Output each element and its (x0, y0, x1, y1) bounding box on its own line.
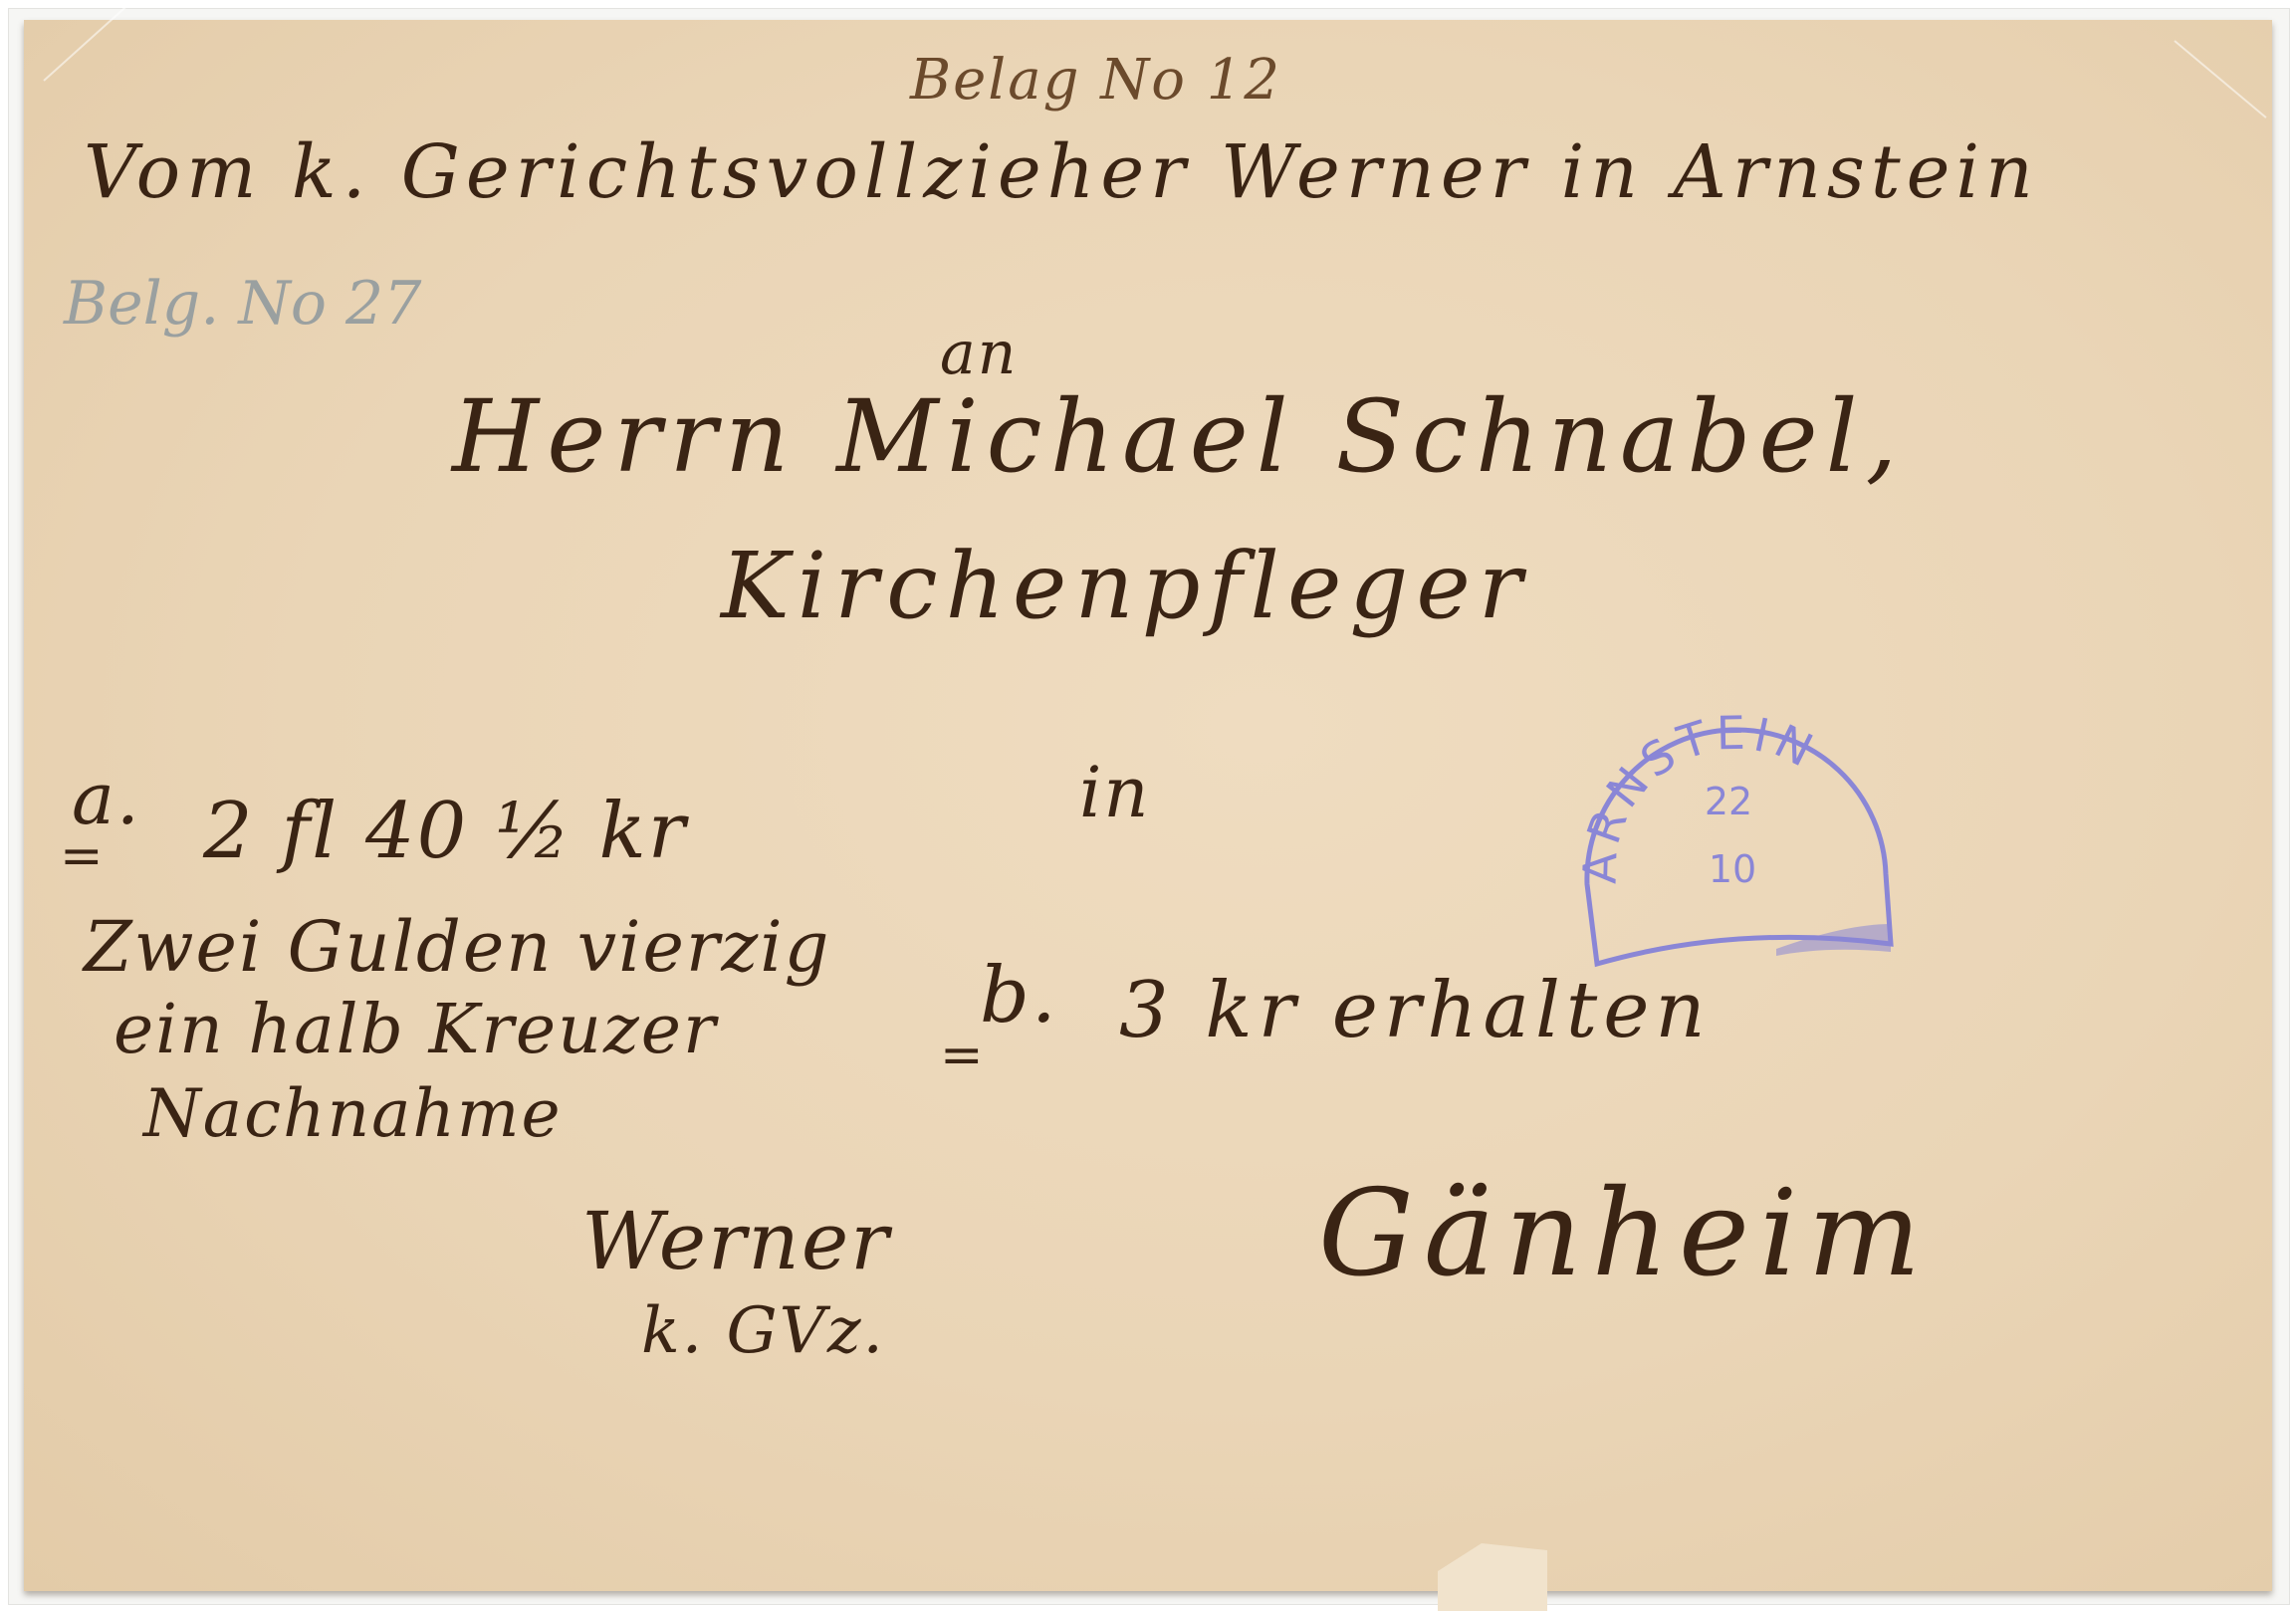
amount-words-line-3: Nachnahme (143, 1075, 563, 1152)
marker-b: b. (980, 951, 1058, 1040)
signature-name: Werner (581, 1195, 890, 1287)
svg-text:ARNSTEIN: ARNSTEIN (1573, 706, 1827, 885)
marker-a-equals: = (60, 826, 106, 886)
arnstein-postmark: ARNSTEIN 22 10 (1557, 685, 1916, 974)
torn-flap (1438, 1543, 1547, 1611)
marker-b-equals: = (940, 1026, 986, 1085)
reference-note: Belag No 12 (910, 48, 1281, 113)
amount-figures: 2 fl 40 ½ kr (203, 787, 687, 876)
destination-place: Gänheim (1318, 1165, 1931, 1303)
pencil-note: Belg. No 27 (64, 269, 421, 339)
envelope: Belag No 12 Vom k. Gerichtsvollzieher We… (24, 20, 2272, 1591)
sender-line: Vom k. Gerichtsvollzieher Werner in Arns… (84, 129, 2039, 215)
postmark-town: ARNSTEIN (1573, 706, 1827, 885)
fold-line (2174, 40, 2266, 118)
receipt-text: 3 kr erhalten (1119, 966, 1712, 1055)
in-label: in (1079, 752, 1150, 833)
postmark-month: 10 (1709, 847, 1756, 891)
postmark-day: 22 (1705, 780, 1752, 823)
amount-words-line-1: Zwei Gulden vierzig (84, 906, 830, 988)
recipient-name: Herrn Michael Schnabel, (452, 378, 1905, 495)
signature-title: k. GVz. (641, 1294, 885, 1368)
recipient-occupation: Kirchenpfleger (721, 533, 1530, 639)
amount-words-line-2: ein halb Kreuzer (114, 991, 718, 1069)
